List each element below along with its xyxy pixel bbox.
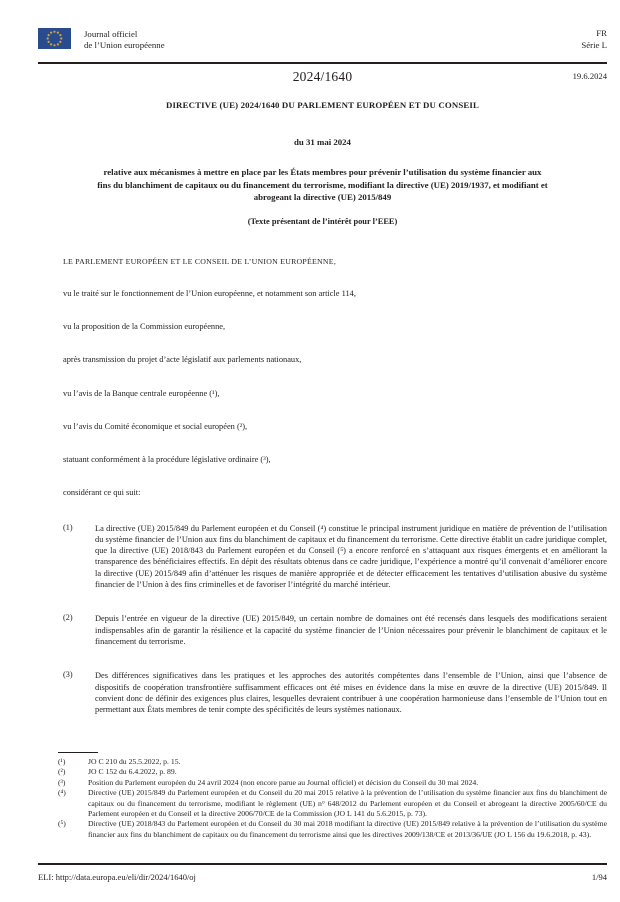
recital-1: (1) La directive (UE) 2015/849 du Parlem… (38, 523, 607, 591)
footnote-4-text: Directive (UE) 2015/849 du Parlement eur… (88, 788, 607, 819)
directive-date: du 31 mai 2024 (38, 137, 607, 147)
footnote-4-marker: (⁴) (38, 788, 88, 819)
masthead: 2024/1640 19.6.2024 (38, 66, 607, 88)
recital-2: (2) Depuis l’entrée en vigueur de la dir… (38, 613, 607, 647)
recital-3-text: Des différences significatives dans les … (95, 670, 607, 715)
footnote-5: (⁵) Directive (UE) 2018/843 du Parlement… (38, 819, 607, 840)
footnote-4: (⁴) Directive (UE) 2015/849 du Parlement… (38, 788, 607, 819)
preamble: LE PARLEMENT EUROPÉEN ET LE CONSEIL DE L… (63, 257, 607, 497)
citation-eesc-opinion: vu l’avis du Comité économique et social… (63, 421, 607, 432)
considering-line: considérant ce qui suit: (63, 488, 607, 497)
eu-flag-icon (38, 28, 71, 49)
citation-legislative-procedure: statuant conformément à la procédure lég… (63, 454, 607, 465)
citation-commission-proposal: vu la proposition de la Commission europ… (63, 321, 607, 332)
journal-title: Journal officiel de l’Union européenne (84, 28, 165, 52)
footnote-3: (³) Position du Parlement européen du 24… (38, 778, 607, 788)
footer-rule (38, 863, 607, 865)
document-number: 2024/1640 (38, 66, 607, 85)
citation-national-parliaments: après transmission du projet d’acte légi… (63, 354, 607, 365)
footnote-2: (²) JO C 152 du 6.4.2022, p. 89. (38, 767, 607, 777)
header-right: FR Série L (581, 28, 607, 51)
footnote-5-text: Directive (UE) 2018/843 du Parlement eur… (88, 819, 607, 840)
footnote-3-marker: (³) (38, 778, 88, 788)
eli-link[interactable]: ELI: http://data.europa.eu/eli/dir/2024/… (38, 872, 196, 882)
citation-ecb-opinion: vu l’avis de la Banque centrale européen… (63, 388, 607, 399)
footnote-1: (¹) JO C 210 du 25.5.2022, p. 15. (38, 757, 607, 767)
journal-page: Journal officiel de l’Union européenne F… (0, 0, 620, 902)
header: Journal officiel de l’Union européenne F… (38, 28, 607, 50)
footnote-2-text: JO C 152 du 6.4.2022, p. 89. (88, 767, 607, 777)
directive-subject: relative aux mécanismes à mettre en plac… (97, 166, 549, 204)
footnote-1-text: JO C 210 du 25.5.2022, p. 15. (88, 757, 607, 767)
language-code: FR (581, 28, 607, 40)
journal-title-line2: de l’Union européenne (84, 40, 165, 52)
header-left: Journal officiel de l’Union européenne (38, 28, 165, 52)
citation-treaty: vu le traité sur le fonctionnement de l’… (63, 288, 607, 299)
recitals: (1) La directive (UE) 2015/849 du Parlem… (38, 523, 607, 716)
header-rule (38, 62, 607, 64)
journal-title-line1: Journal officiel (84, 29, 165, 41)
page-number: 1/94 (592, 872, 607, 882)
footnotes: (¹) JO C 210 du 25.5.2022, p. 15. (²) JO… (38, 752, 607, 840)
preamble-opening: LE PARLEMENT EUROPÉEN ET LE CONSEIL DE L… (63, 257, 607, 266)
directive-title: DIRECTIVE (UE) 2024/1640 DU PARLEMENT EU… (38, 100, 607, 110)
recital-3: (3) Des différences significatives dans … (38, 670, 607, 715)
series-label: Série L (581, 40, 607, 52)
footnote-2-marker: (²) (38, 767, 88, 777)
recital-3-number: (3) (38, 670, 95, 715)
recital-2-number: (2) (38, 613, 95, 647)
footnote-1-marker: (¹) (38, 757, 88, 767)
footer-row: ELI: http://data.europa.eu/eli/dir/2024/… (38, 872, 607, 882)
recital-1-text: La directive (UE) 2015/849 du Parlement … (95, 523, 607, 591)
page-footer: ELI: http://data.europa.eu/eli/dir/2024/… (38, 863, 607, 882)
recital-2-text: Depuis l’entrée en vigueur de la directi… (95, 613, 607, 647)
recital-1-number: (1) (38, 523, 95, 591)
publication-date: 19.6.2024 (573, 71, 607, 81)
footnote-3-text: Position du Parlement européen du 24 avr… (88, 778, 607, 788)
eee-relevance-note: (Texte présentant de l’intérêt pour l’EE… (38, 217, 607, 226)
footnote-5-marker: (⁵) (38, 819, 88, 840)
footnote-separator-rule (58, 752, 98, 753)
